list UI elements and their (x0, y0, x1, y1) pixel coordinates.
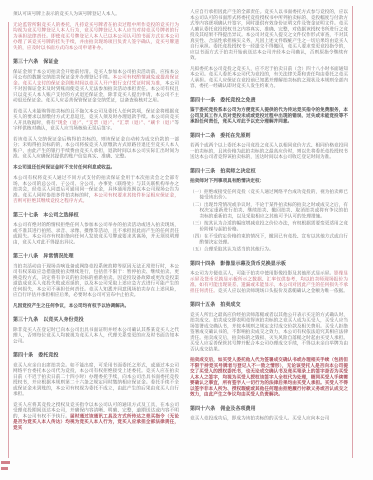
paragraph: 若两个或两个以上委托本公司竞投之竞买人以相同竞价方式、相同价格竞投同一拍卖标的，… (190, 143, 348, 160)
paragraph: 竞买人所出之最高应价经拍卖师落槌或者以其他公开表示买定的方式确认时，拍卖成交。拍… (190, 312, 348, 352)
section-heading: 第四十二条 委托在先原则 (190, 133, 348, 139)
paragraph: 竞买人应将其竞投之授权及竞买指令以本公司认可的通讯方式及工具，在本公司受理竞投期… (13, 402, 179, 431)
paragraph: 凡拟委托本公司竞投之竞买人，应不迟于拍卖日前（含）四十八小时书面通知本公司。竞买… (190, 66, 348, 89)
left-margin-rule (8, 22, 9, 458)
text-run: 鉴于委托竞投系本公司为方便竞买人提供的代为传达竞买指令的免费服务，本公司及其工作… (190, 107, 348, 124)
text-run: 竞买人竞投成功后，即成为该拍卖标的的买受人。买受人应向本公司 (190, 416, 329, 422)
document-page: 须认可该号牌上表示的竞买人为该号牌登记人本人。无论监管所限竞买人的委托，凡持竞买… (0, 0, 373, 480)
text-column-right: 人应自行承担因此产生的全部责任。竞买人以书面委托方式参与竞投的，应以本公司认可的… (190, 9, 348, 426)
text-run: 第四十六条 佣金及各项费用 (190, 406, 256, 412)
text-run: “现金（退）”、“支票（退）”、“汇票（退）”、“刷卡（退）” (55, 120, 174, 126)
paragraph: 须认可该号牌上表示的竞买人为该号牌登记人本人。 (13, 11, 179, 17)
text-run: 第四十四条 影像显示幕及货币兑换显示板 (190, 261, 286, 267)
text-run: 竞买人应以拍卖师现场口头报价及落槌确认之金额为唯一依据。 (218, 288, 348, 294)
paragraph: 鉴于委托竞投系本公司为方便竞买人提供的代为传达竞买指令的免费服务，本公司及其工作… (190, 107, 348, 124)
text-run: 凡因竞投产生之任何争议，本公司均有权予以协调解决。 (13, 303, 129, 309)
text-run: 除非竞买人在登记时已向本公司出具书面证明并经本公司确认其系某竞买人之代理人，否则… (13, 327, 179, 344)
text-run: 凡拟委托本公司竞投之竞买人，应不迟于拍卖日前（含）四十八小时书面通知本公司。竞买… (190, 66, 348, 89)
text-run: 第三十九条 以竞买人身份竞投 (13, 317, 84, 323)
text-run: 第四十一条 委托竞投之免责 (190, 97, 256, 103)
text-run: （三）按其认为合适的幅度增减竞投之价位办法，有权根据需要变更适用之竞价阶梯与起拍… (190, 221, 348, 232)
text-run: 若该竞买人交纳保证金后购得拍卖标的，则该保证金自动转为成交价款的一部分；未购得拍… (13, 136, 179, 159)
paragraph: 当拍卖活动由于现场音响设备或网络竞投系统故障等原因无法正常进行时，本公司有权采取… (13, 263, 179, 298)
section-heading: 第四十六条 佣金及各项费用 (190, 406, 348, 412)
section-heading: 第四十四条 影像显示幕及货币兑换显示板 (190, 261, 348, 267)
section-heading: 第四十条 委托竞投 (13, 353, 179, 359)
list-item: （三）按其认为合适的幅度增减竞投之价位办法，有权根据需要变更适用之竞价阶梯与起拍… (190, 221, 348, 233)
paragraph: 若竞买人未能购得拍卖标的且不拖欠本公司及委托人任何款项，保证金将根据竞买人的要求… (13, 108, 179, 131)
paragraph: 本公司有权将竞买人通过不同方式支付的拍卖保证金用于本次拍卖会之全部专场，本公司的… (13, 175, 179, 204)
text-run: （二）出现异常情况或争议时，不论于某件拍卖标的拍卖之时或成交之后，有权决定重新进… (190, 202, 348, 219)
right-margin-rule (352, 6, 353, 458)
section-heading: 第三十六条 保证金 (13, 59, 179, 65)
text-run: 第四十二条 委托在先原则 (190, 133, 251, 139)
paragraph: 保证金须于本公司拍卖会开始前付清。竞买人参加本公司拍卖活动前，应按本公司公布的数… (13, 69, 179, 104)
section-heading: 第三十九条 以竞买人身份竞投 (13, 317, 179, 323)
text-run: （一）拒绝或接受任何竞投（竞买人通过网络平台成功竞投的，视为拍卖师已接受该出价）… (190, 189, 348, 200)
paragraph: 竞买人应亲自出席拍卖会。如不能出席，可采用书面委托之形式，或通过本公司网络平台委… (13, 362, 179, 397)
paragraph: 竞买人竞投成功后，即成为该拍卖标的的买受人。买受人应向本公司 (190, 416, 348, 422)
text-run: （四）在不受约定价格约束的情况下，撤回已有竞投、宣布以其他方式或自行酌情决定处理… (190, 234, 348, 245)
text-run: 须认可该号牌上表示的竞买人为该号牌登记人本人。 (13, 11, 120, 17)
text-run: 人应自行承担因此产生的全部责任。竞买人以书面委托方式参与竞投的，应以本公司认可的… (190, 9, 348, 61)
paragraph: 拍卖师对下列事项具有酌情决定权： (190, 178, 348, 184)
footer-mark (1, 467, 8, 470)
paragraph: 凡因竞投产生之任何争议，本公司均有权予以协调解决。 (13, 303, 179, 309)
text-run: 第三十七条 本公司之选择权 (13, 212, 79, 218)
text-run: （五）合理采取其认为适当的其他行为。 (190, 247, 274, 253)
text-run: 本公司有绝对的酌情权拒绝任何人参加本公司举办的拍卖活动或进入拍卖现场，或不准其进… (13, 222, 179, 245)
section-heading: 第四十五条 拍卖成交 (190, 302, 348, 308)
text-run: 竞买人所出之最高应价经拍卖师落槌或者以其他公开表示买定的方式确认时，拍卖成交。拍… (190, 312, 348, 352)
text-run: 本公司为方便竞买人，可能于拍卖中使用影像投影及其他形式显示屏。 (190, 271, 334, 277)
paragraph: 人应自行承担因此产生的全部责任。竞买人以书面委托方式参与竞投的，应以本公司认可的… (190, 9, 348, 61)
section-heading: 第四十三条 拍卖师之决定权 (190, 168, 348, 174)
paragraph: 本公司退还任何保证金时不支付任何利息或收益。 (13, 164, 179, 170)
text-run: 第四十条 委托竞投 (13, 353, 58, 359)
text-run: 本公司退还任何保证金时不支付任何利息或收益。 (13, 164, 115, 170)
section-heading: 第四十一条 委托竞投之免责 (190, 97, 348, 103)
text-run: 第三十八条 异常情况处理 (13, 254, 74, 260)
text-run: 竞买人应亲自出席拍卖会。如不能出席，可采用书面委托之形式，或通过本公司网络平台委… (13, 362, 179, 396)
paragraph: 本公司有绝对的酌情权拒绝任何人参加本公司举办的拍卖活动或进入拍卖现场，或不准其进… (13, 222, 179, 245)
footer-mark (1, 461, 10, 464)
paragraph: 无论监管所限竞买人的委托，凡持竞买号牌者在拍卖过程中所作竞投的竞买行为均视为竞买… (13, 22, 179, 51)
list-item: （四）在不受约定价格约束的情况下，撤回已有竞投、宣布以其他方式或自行酌情决定处理… (190, 234, 348, 246)
text-run: 拍卖师对下列事项具有酌情决定权： (190, 178, 264, 184)
paragraph: 若该竞买人交纳保证金后购得拍卖标的，则该保证金自动转为成交价款的一部分；未购得拍… (13, 136, 179, 159)
section-heading: 第三十七条 本公司之选择权 (13, 212, 179, 218)
list-item: （五）合理采取其认为适当的其他行为。 (190, 247, 348, 253)
text-run: 当拍卖活动由于现场音响设备或网络竞投系统故障等原因无法正常进行时，本公司有权采取… (13, 263, 179, 297)
text-run: 第四十五条 拍卖成交 (190, 302, 241, 308)
text-run: 第三十六条 保证金 (13, 59, 58, 65)
text-run: 拍卖成交后，如买受人委托他人代为签署成交确认书或办理相关手续（包括但不限于持竞买… (190, 357, 348, 397)
list-item: （一）拒绝或接受任何竞投（竞买人通过网络平台成功竞投的，视为拍卖师已接受该出价）… (190, 189, 348, 201)
text-run: 无论监管所限竞买人的委托，凡持竞买号牌者在拍卖过程中所作竞投的竞买行为均视为竞买… (13, 22, 179, 51)
paragraph: 除非竞买人在登记时已向本公司出具书面证明并经本公司确认其系某竞买人之代理人，否则… (13, 327, 179, 344)
text-run: 若两个或两个以上委托本公司竞投之竞买人以相同竞价方式、相同价格竞投同一拍卖标的，… (190, 143, 348, 160)
paragraph: 拍卖成交后，如买受人委托他人代为签署成交确认书或办理相关手续（包括但不限于持竞买… (190, 357, 348, 397)
text-run: 第四十三条 拍卖师之决定权 (190, 168, 256, 174)
text-column-left: 须认可该号牌上表示的竞买人为该号牌登记人本人。无论监管所限竞买人的委托，凡持竞买… (13, 11, 179, 436)
list-item: （二）出现异常情况或争议时，不论于某件拍卖标的拍卖之时或成交之后，有权决定重新进… (190, 202, 348, 219)
paragraph: 本公司为方便竞买人，可能于拍卖中使用影像投影及其他形式显示屏。影像显示屏及货币兑… (190, 271, 348, 294)
section-heading: 第三十八条 异常情况处理 (13, 254, 179, 260)
